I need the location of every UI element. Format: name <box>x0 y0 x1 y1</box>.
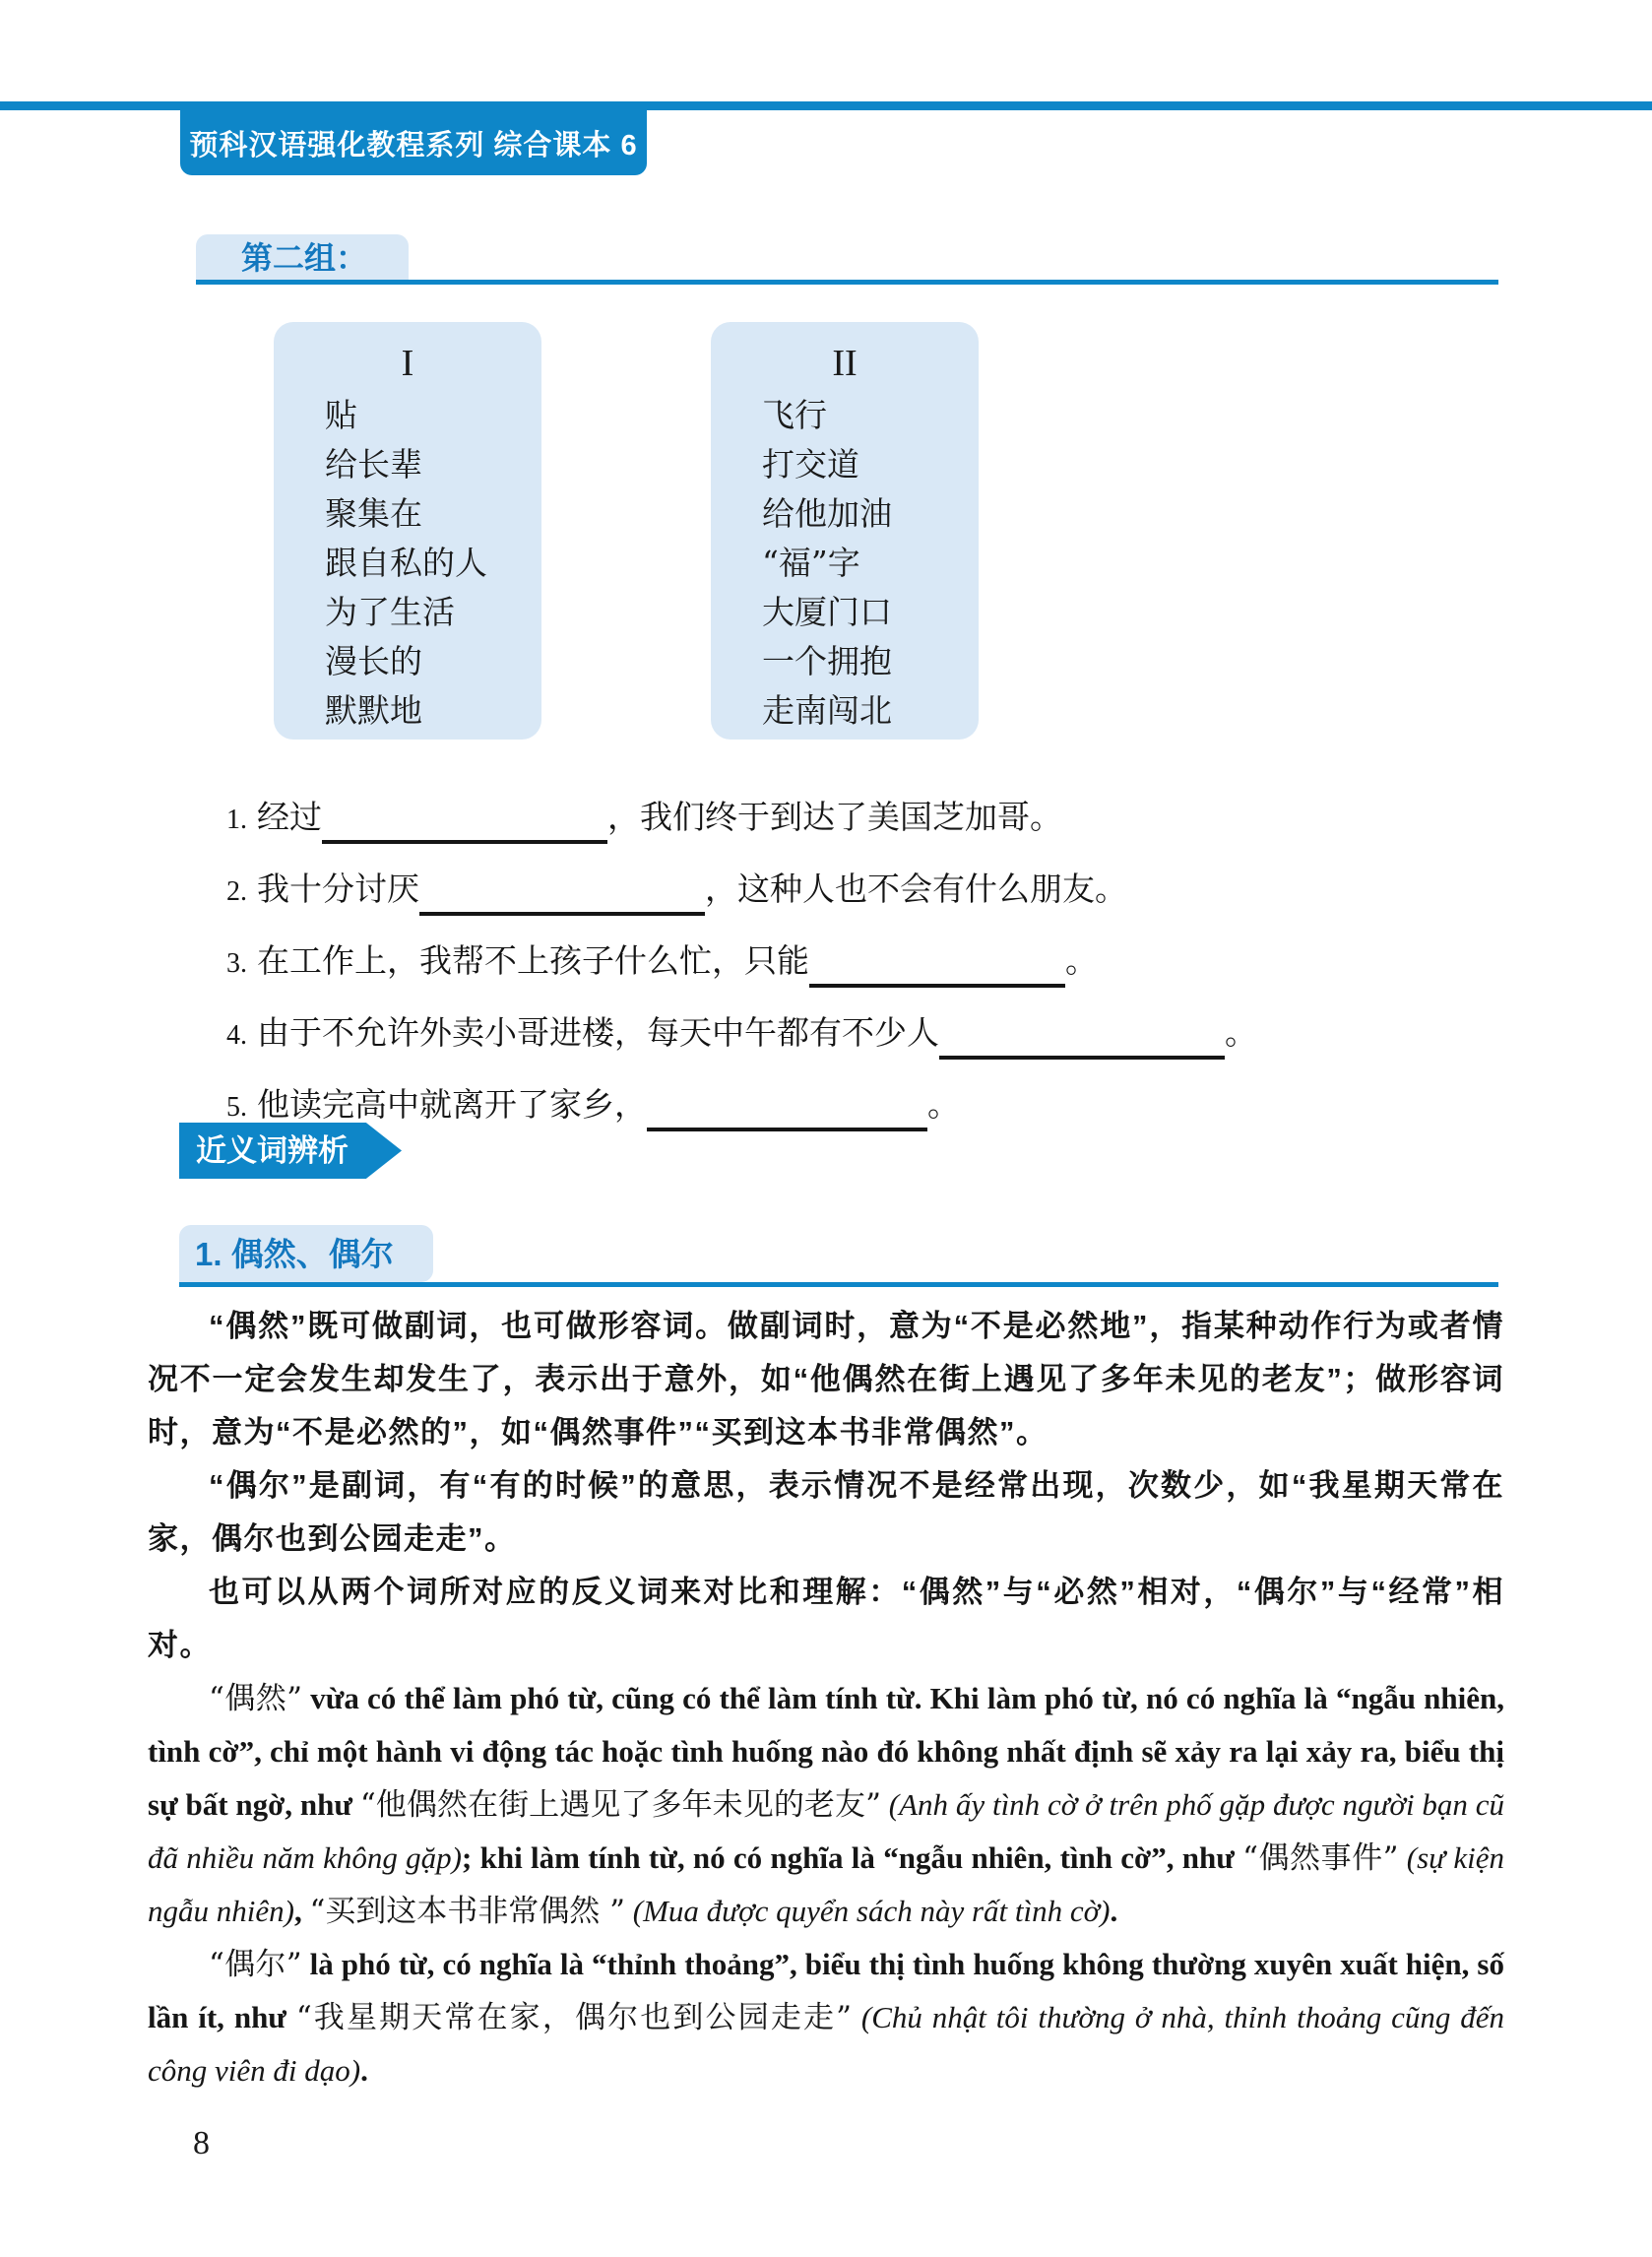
page-number: 8 <box>193 2125 210 2162</box>
blank-line <box>419 878 705 916</box>
vi-text <box>1399 1840 1407 1875</box>
sentence-text: ，我们终于到达了美国芝加哥。 <box>607 798 1062 836</box>
box-item: 给长辈 <box>274 440 541 489</box>
match-box-I: I 贴 给长辈 聚集在 跟自私的人 为了生活 漫长的 默默地 <box>274 322 541 740</box>
blank-line <box>647 1094 927 1131</box>
box-item: 跟自私的人 <box>274 539 541 588</box>
cn-quote: “偶尔” <box>209 1947 302 1982</box>
cn-quote: “偶然事件” <box>1242 1840 1398 1876</box>
sentence-text: 他读完高中就离开了家乡， <box>257 1085 647 1124</box>
sentence-row-5: 5.他读完高中就离开了家乡，。 <box>226 1068 1536 1140</box>
column-II-header: II <box>711 336 979 391</box>
paragraph-cn-1: “偶然”既可做副词，也可做形容词。做副词时，意为“不是必然地”，指某种动作行为或… <box>148 1300 1504 1459</box>
sentence-row-1: 1.经过，我们终于到达了美国芝加哥。 <box>226 781 1536 853</box>
cn-quote: “我星期天常在家，偶尔也到公园走走” <box>296 2000 852 2035</box>
vi-text: ; khi làm tính từ, nó có nghĩa là “ngẫu … <box>462 1840 1242 1875</box>
textbook-page: 预科汉语强化教程系列 综合课本 6 第二组： I 贴 给长辈 聚集在 跟自私的人… <box>0 0 1652 2257</box>
vi-translation: (Mua được quyển sách này rất tình cờ) <box>633 1894 1111 1928</box>
series-badge: 预科汉语强化教程系列 综合课本 6 <box>180 110 647 175</box>
box-item: 大厦门口 <box>711 588 979 637</box>
explanation-text: “偶然”既可做副词，也可做形容词。做副词时，意为“不是必然地”，指某种动作行为或… <box>148 1300 1504 2097</box>
box-item: 打交道 <box>711 440 979 489</box>
sentence-text: ，这种人也不会有什么朋友。 <box>705 870 1127 908</box>
synonym-title-underline <box>179 1282 1498 1287</box>
blank-line <box>809 950 1065 988</box>
paragraph-vi-2: “偶尔” là phó từ, có nghĩa là “thỉnh thoản… <box>148 1938 1504 2097</box>
box-item: 飞行 <box>711 391 979 440</box>
cn-quote: “买到这本书非常偶然 ” <box>309 1894 625 1929</box>
match-box-II: II 飞行 打交道 给他加油 “福”字 大厦门口 一个拥抱 走南闯北 <box>711 322 979 740</box>
column-I-header: I <box>274 336 541 391</box>
fill-in-sentences: 1.经过，我们终于到达了美国芝加哥。 2.我十分讨厌，这种人也不会有什么朋友。 … <box>226 781 1536 1140</box>
sentence-row-2: 2.我十分讨厌，这种人也不会有什么朋友。 <box>226 853 1536 925</box>
paragraph-vi-1: “偶然” vừa có thể làm phó từ, cũng có thể … <box>148 1672 1504 1938</box>
box-item: 聚集在 <box>274 489 541 539</box>
box-item: 一个拥抱 <box>711 637 979 686</box>
blank-line <box>939 1022 1225 1060</box>
cn-quote: “偶然” <box>209 1681 302 1716</box>
sentence-text: 经过 <box>257 798 322 836</box>
box-item: “福”字 <box>711 539 979 588</box>
sentence-text: 我十分讨厌 <box>257 870 419 908</box>
sentence-text: 。 <box>1065 941 1098 980</box>
sentence-text: 。 <box>1225 1013 1257 1052</box>
group2-label: 第二组： <box>196 234 409 280</box>
sentence-text: 由于不允许外卖小哥进楼，每天中午都有不少人 <box>257 1013 939 1052</box>
sentence-number: 2. <box>226 876 247 907</box>
vi-text: . <box>1111 1894 1118 1928</box>
sentence-number: 5. <box>226 1092 247 1123</box>
box-item: 为了生活 <box>274 588 541 637</box>
vi-text <box>881 1787 889 1822</box>
vi-text <box>852 2000 861 2034</box>
paragraph-cn-3: 也可以从两个词所对应的反义词来对比和理解：“偶然”与“必然”相对，“偶尔”与“经… <box>148 1566 1504 1672</box>
group2-underline <box>196 280 1498 285</box>
sentence-text: 在工作上，我帮不上孩子什么忙，只能 <box>257 941 809 980</box>
top-blue-rule <box>0 101 1652 110</box>
box-item: 漫长的 <box>274 637 541 686</box>
vi-text <box>625 1894 633 1928</box>
blank-line <box>322 806 607 844</box>
vi-text: . <box>360 2053 368 2088</box>
sentence-number: 4. <box>226 1020 247 1051</box>
sentence-number: 3. <box>226 948 247 979</box>
box-item: 贴 <box>274 391 541 440</box>
sentence-text: 。 <box>927 1085 960 1124</box>
synonym-section-banner: 近义词辨析 <box>179 1123 402 1179</box>
cn-quote: “他偶然在街上遇见了多年未见的老友” <box>360 1787 881 1823</box>
sentence-row-4: 4.由于不允许外卖小哥进楼，每天中午都有不少人。 <box>226 997 1536 1068</box>
sentence-row-3: 3.在工作上，我帮不上孩子什么忙，只能。 <box>226 925 1536 997</box>
synonym-item-title: 1. 偶然、偶尔 <box>179 1225 433 1282</box>
sentence-number: 1. <box>226 805 247 835</box>
paragraph-cn-2: “偶尔”是副词，有“有的时候”的意思，表示情况不是经常出现，次数少，如“我星期天… <box>148 1459 1504 1566</box>
box-item: 走南闯北 <box>711 686 979 736</box>
box-item: 给他加油 <box>711 489 979 539</box>
box-item: 默默地 <box>274 686 541 736</box>
vi-text: , <box>294 1894 310 1928</box>
